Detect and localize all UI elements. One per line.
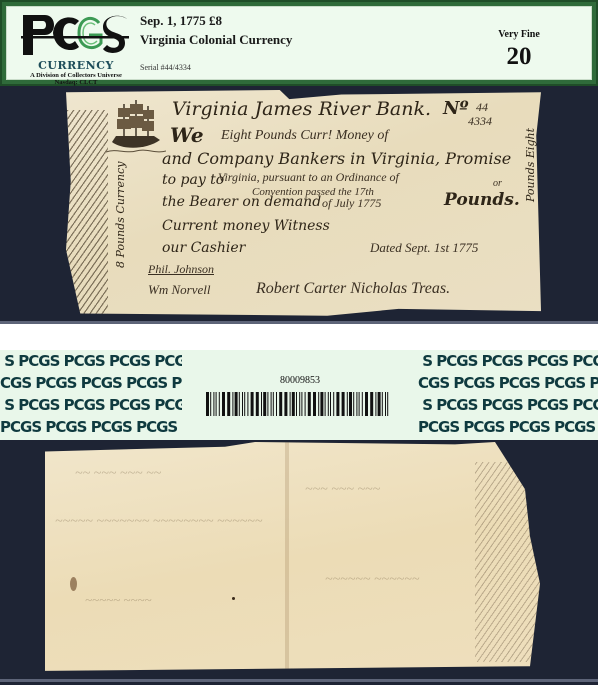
bleed-through-text: ~~~~~ ~~~~~~~ ~~~~~~~~ ~~~~~~ [55,514,262,530]
grading-label-panel: CURRENCY A Division of Collectors Univer… [6,6,592,80]
serial-bottom: 4334 [468,114,492,129]
bleed-through-text: ~~~~~~ ~~~~~~ [325,572,419,588]
pcgs-logo-icon [21,11,129,57]
pattern-row: CGS PCGS PCGS PCGS P [0,372,182,394]
signature-nicholas: Robert Carter Nicholas Treas. [256,280,450,298]
denomination-line: Eight Pounds Curr! Money of [221,128,388,144]
fold-crease [285,442,289,678]
vertical-text-left: 8 Pounds Currency [114,162,127,268]
bleed-through-text: ~~~ ~~~ ~~~ [305,482,380,498]
certification-number: 80009853 [240,375,360,386]
vertical-text-right: Pounds Eight [524,128,537,202]
signature-johnson: Phil. Johnson [148,262,214,277]
pcgs-currency-logo: CURRENCY A Division of Collectors Univer… [15,9,133,87]
grade-number: 20 [489,43,549,71]
pattern-row: S PCGS PCGS PCGS PCGS [418,394,598,416]
serial-top: 44 [476,100,488,115]
brand-subtitle: A Division of Collectors Universe Nasdaq… [15,72,137,86]
barcode [204,392,394,416]
holder-edge-bottom [0,679,598,682]
or-text: or [493,178,502,189]
pattern-row: S PCGS PCGS PCGS PCGS [418,350,598,372]
promise-line: and Company Bankers in Virginia, Promise [162,149,511,168]
pounds-text: Pounds. [444,190,520,210]
ink-stain [70,577,77,591]
note-issuer: Virginia Colonial Currency [140,32,292,48]
holder-edge [0,321,598,324]
pattern-row: PCGS PCGS PCGS PCGS P [0,416,182,438]
pattern-row: S PCGS PCGS PCGS PCGS [0,350,182,372]
grading-label: CURRENCY A Division of Collectors Univer… [0,0,598,86]
pay-to-label: to pay to [162,172,224,188]
brand-wordmark: CURRENCY [23,59,129,72]
dated-line: Dated Sept. 1st 1775 [370,240,478,256]
bank-name: Virginia James River Bank. [172,98,431,120]
bleed-through-text: ~~~~~ ~~~~ [85,592,152,608]
note-front-image: Virginia James River Bank. Nº 44 4334 We… [66,90,541,318]
cashier-line: our Cashier [162,240,245,256]
ship-vignette-icon [106,96,166,158]
note-date-denomination: Sep. 1, 1775 £8 [140,13,222,29]
signature-norvell: Wm Norvell [148,282,210,298]
pcgs-security-pattern-left: S PCGS PCGS PCGS PCGS CGS PCGS PCGS PCGS… [0,350,182,440]
pcgs-security-pattern-right: S PCGS PCGS PCGS PCGS CGS PCGS PCGS PCGS… [418,350,598,440]
grade-name: Very Fine [489,29,549,40]
bleed-through-text: ~~ ~~~ ~~~ ~~ [75,466,161,482]
bearer-line: the Bearer on demand [162,194,321,210]
we-initial: We [170,123,204,147]
pattern-row: PCGS PCGS PCGS PCGS P [418,416,598,438]
witness-line: Current money Witness [162,218,330,234]
pattern-row: S PCGS PCGS PCGS PCGS [0,394,182,416]
number-mark: Nº [443,98,468,119]
brand-division: A Division of Collectors Universe [15,72,137,79]
pattern-row: CGS PCGS PCGS PCGS P [418,372,598,394]
note-serial: Serial #44/4334 [140,63,191,72]
brand-ticker: Nasdaq: CLCT [15,79,137,86]
ordinance-date: of July 1775 [322,196,381,211]
payee-line: Virginia, pursuant to an Ordinance of [218,170,399,185]
note-back-image: ~~ ~~~ ~~~ ~~ ~~~~~ ~~~~~~~ ~~~~~~~~ ~~~… [45,442,545,678]
spot [232,597,235,600]
